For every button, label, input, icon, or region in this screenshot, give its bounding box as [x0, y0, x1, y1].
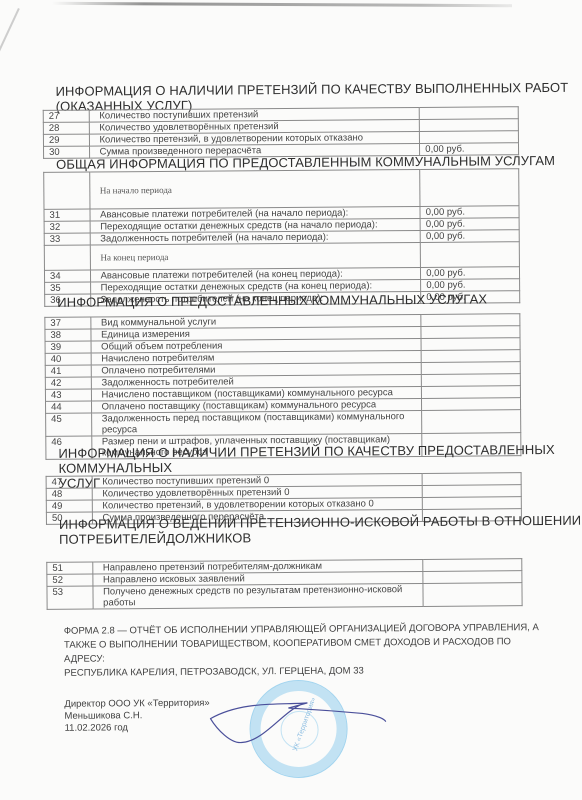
- document-page: Информация о наличии претензий по качест…: [0, 0, 582, 800]
- row-number: 40: [45, 353, 91, 365]
- document-content: Информация о наличии претензий по качест…: [0, 0, 582, 800]
- empty-cell: [420, 169, 519, 207]
- row-number: 44: [46, 401, 92, 413]
- row-number: 48: [46, 488, 92, 500]
- row-number: 35: [45, 282, 91, 294]
- row-number: 29: [43, 134, 89, 146]
- provided-utilities-table: 37Вид коммунальной услуги38Единица измер…: [44, 313, 521, 460]
- row-number: 34: [44, 270, 90, 282]
- row-number: 38: [45, 329, 91, 341]
- row-value: [423, 559, 522, 572]
- table-row: 53Получено денежных средств по результат…: [47, 583, 522, 610]
- row-value: [420, 119, 519, 132]
- section-title-provided-utilities: Информация о предоставленных коммунальны…: [57, 291, 487, 309]
- row-number: 39: [45, 341, 91, 353]
- signer-position: Директор ООО УК «Территория»: [64, 698, 209, 711]
- row-value: [423, 473, 522, 486]
- subheader-row: На конец периода: [44, 242, 519, 271]
- signature-block: Директор ООО УК «Территория» Меньшикова …: [64, 698, 210, 735]
- form-caption-line: также о выполнении товариществом, коопер…: [64, 635, 544, 667]
- row-number: 45: [46, 413, 92, 436]
- row-value: [422, 398, 521, 411]
- empty-cell: [44, 245, 90, 270]
- row-number: 33: [44, 233, 90, 245]
- row-label: Задолженность перед поставщиком (поставщ…: [91, 410, 422, 436]
- period-subheader: На начало периода: [89, 169, 420, 209]
- row-value: [419, 107, 518, 120]
- debtor-work-table: 51Направлено претензий потребителям-долж…: [46, 558, 522, 610]
- claims-works-table: 27Количество поступивших претензий28Коли…: [43, 106, 519, 159]
- row-number: 28: [43, 122, 89, 134]
- row-value: 0,00 руб.: [421, 267, 520, 280]
- row-value: [423, 485, 522, 498]
- empty-cell: [420, 242, 519, 268]
- section-title-debtor-work: Информация о ведении претензионно-исково…: [59, 513, 581, 547]
- form-caption: Форма 2.8 — Отчёт об исполнении управляю…: [64, 621, 544, 681]
- row-value: [423, 583, 522, 607]
- row-number: 43: [45, 389, 91, 401]
- form-caption-line: Республика Карелия, Петрозаводск, ул. Ге…: [64, 663, 544, 681]
- row-number: 27: [43, 110, 89, 122]
- row-value: [422, 362, 521, 375]
- row-value: [422, 410, 521, 434]
- row-number: 42: [45, 377, 91, 389]
- row-value: [423, 571, 522, 584]
- title-line: Информация о предоставленных коммунальны…: [57, 291, 487, 309]
- row-value: [422, 386, 521, 399]
- row-number: 37: [45, 317, 91, 329]
- seal-stamp: УК «Территория»: [249, 680, 348, 779]
- row-value: [420, 131, 519, 144]
- row-value: [422, 350, 521, 363]
- signature-date: 11.02.2026 год: [65, 722, 210, 735]
- row-number: 47: [46, 476, 92, 488]
- row-value: [421, 338, 520, 351]
- empty-cell: [44, 172, 90, 209]
- row-number: 52: [47, 574, 93, 586]
- subheader-row: На начало периода: [44, 169, 519, 210]
- row-value: [422, 374, 521, 387]
- row-number: 32: [44, 221, 90, 233]
- row-value: [421, 326, 520, 339]
- row-label: Получено денежных средств по результатам…: [93, 583, 424, 609]
- row-number: 31: [44, 209, 90, 221]
- row-value: 0,00 руб.: [421, 279, 520, 292]
- general-utilities-table: На начало периода31Авансовые платежи пот…: [43, 168, 520, 307]
- title-line: Информация о наличии претензий по качест…: [58, 442, 582, 476]
- row-value: [423, 497, 522, 510]
- row-value: 0,00 руб.: [420, 206, 519, 219]
- row-value: 0,00 руб.: [420, 230, 519, 243]
- row-value: [421, 314, 520, 327]
- row-number: 53: [47, 586, 93, 609]
- row-number: 51: [47, 562, 93, 574]
- row-value: 0,00 руб.: [420, 218, 519, 231]
- signer-name: Меньшикова С.Н.: [64, 710, 209, 723]
- row-number: 41: [45, 365, 91, 377]
- period-subheader: На конец периода: [90, 242, 421, 270]
- row-number: 49: [46, 500, 92, 512]
- title-line: потребителейдолжников: [59, 528, 581, 547]
